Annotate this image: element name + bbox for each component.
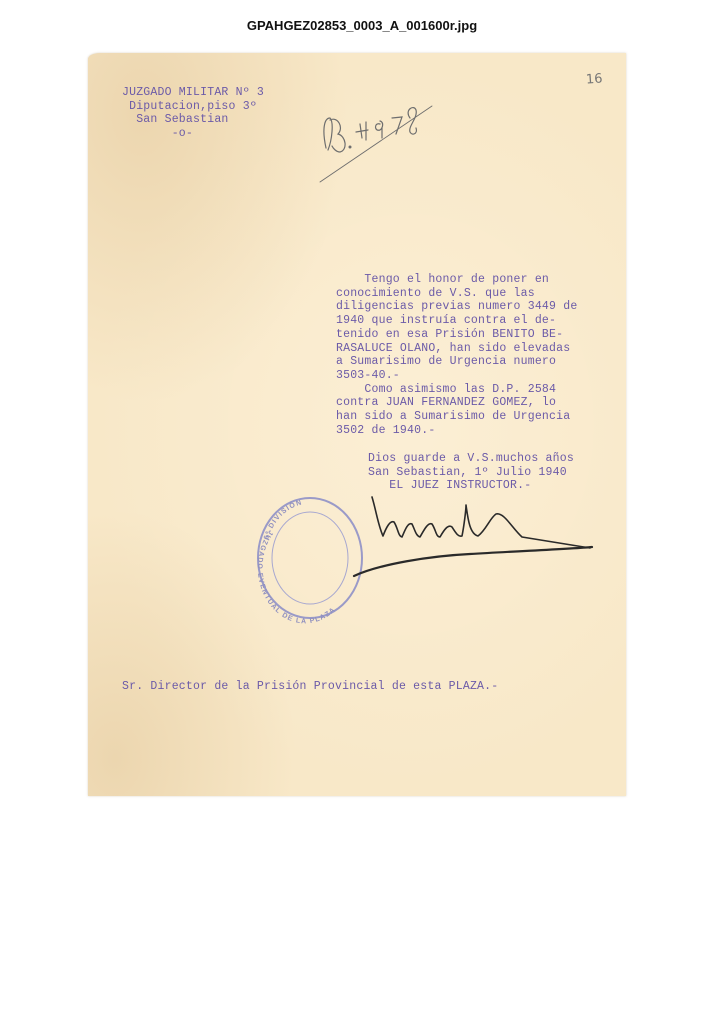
signature [354,497,592,576]
handwritten-reference [320,106,432,182]
official-stamp: 6ª DIVISIÓN JUZGADO EVENTUAL DE LA PLAZA [256,498,362,625]
stamp-side-text: JUZGADO EVENTUAL DE LA PLAZA [256,529,338,626]
handwriting-layer: 6ª DIVISIÓN JUZGADO EVENTUAL DE LA PLAZA [0,0,724,1024]
